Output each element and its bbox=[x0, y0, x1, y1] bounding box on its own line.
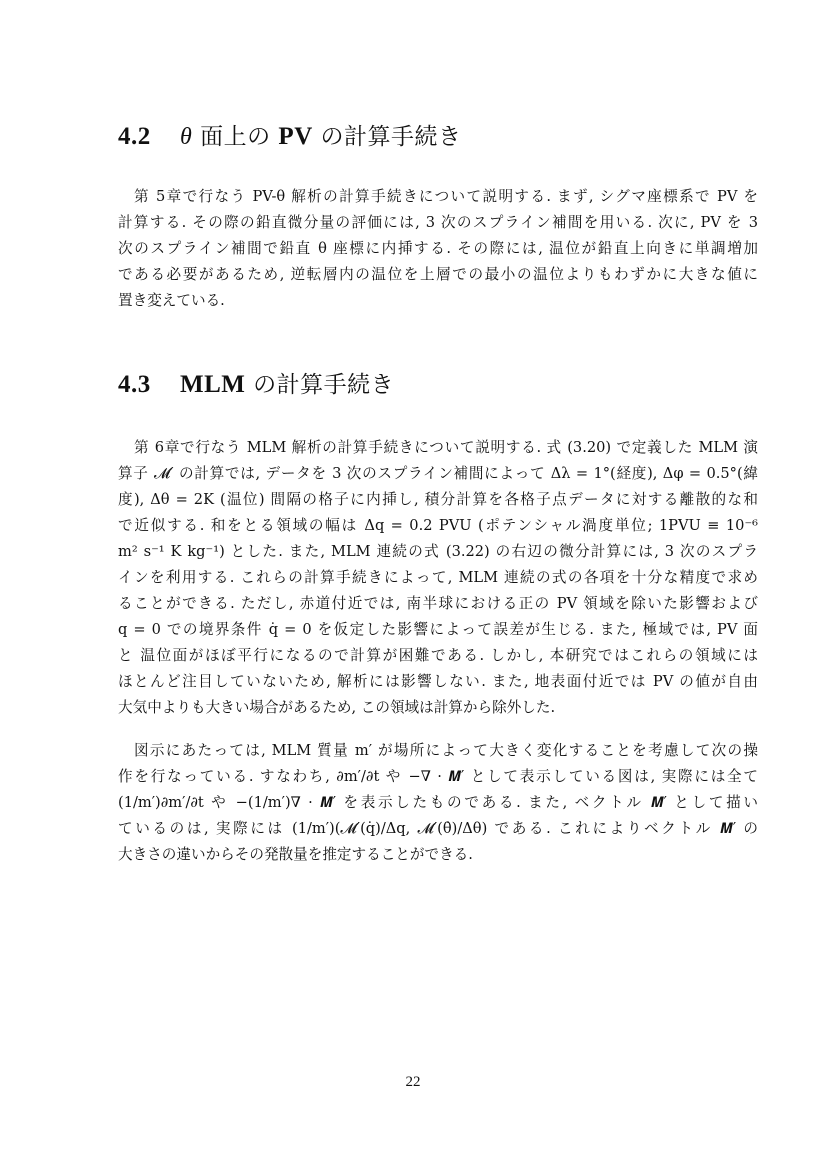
text-line: ることができる. ただし, 赤道付近では, 南半球における正の PV 領域を除い… bbox=[118, 591, 758, 617]
section-heading-4-2: 4.2θ 面上の PV の計算手続き bbox=[118, 118, 462, 151]
text-line: である必要があるため, 逆転層内の温位を上層での最小の温位よりもわずかに大きな値… bbox=[118, 262, 758, 288]
page-number: 22 bbox=[0, 1074, 826, 1091]
text-line: 第 6章で行なう MLM 解析の計算手続きについて説明する. 式 (3.20) … bbox=[118, 435, 758, 461]
text-line: ているのは, 実際には (1/m′)(𝓜′(q̇)/Δq, 𝓜′(θ̇)/Δθ)… bbox=[118, 816, 758, 842]
text-line: ほとんど注目していないため, 解析には影響しない. また, 地表面付近では PV… bbox=[118, 669, 758, 695]
text-line: 算子 𝓜′ の計算では, データを 3 次のスプライン補間によって Δλ = 1… bbox=[118, 461, 758, 487]
section-number: 4.3 bbox=[118, 371, 180, 399]
section-number: 4.2 bbox=[118, 123, 180, 151]
text-line: 作を行なっている. すなわち, ∂m′/∂t や −∇ · 𝑴′ として表示して… bbox=[118, 764, 758, 790]
text-line: と 温位面がほぼ平行になるので計算が困難である. しかし, 本研究ではこれらの領… bbox=[118, 643, 758, 669]
text-line: 図示にあたっては, MLM 質量 m′ が場所によって大きく変化することを考慮し… bbox=[118, 738, 758, 764]
text-line: インを利用する. これらの計算手続きによって, MLM 連続の式の各項を十分な精… bbox=[118, 565, 758, 591]
paragraph-4-3-1: 第 6章で行なう MLM 解析の計算手続きについて説明する. 式 (3.20) … bbox=[118, 435, 758, 721]
paragraph-4-3-2: 図示にあたっては, MLM 質量 m′ が場所によって大きく変化することを考慮し… bbox=[118, 738, 758, 868]
text-line: m² s⁻¹ K kg⁻¹) とした. また, MLM 連続の式 (3.22) … bbox=[118, 539, 758, 565]
text-line: 大きさの違いからその発散量を推定することができる. bbox=[118, 842, 758, 868]
section-title: θ 面上の PV の計算手続き bbox=[180, 124, 462, 150]
text-line: 度), Δθ = 2K (温位) 間隔の格子に内挿し, 積分計算を各格子点データ… bbox=[118, 487, 758, 513]
text-line: 置き変えている. bbox=[118, 288, 758, 314]
section-heading-4-3: 4.3MLM の計算手続き bbox=[118, 366, 394, 399]
text-line: 第 5章で行なう PV-θ 解析の計算手続きについて説明する. まず, シグマ座… bbox=[118, 184, 758, 210]
text-line: 大気中よりも大きい場合があるため, この領域は計算から除外した. bbox=[118, 695, 758, 721]
text-line: (1/m′)∂m′/∂t や −(1/m′)∇ · 𝑴′ を表示したものである.… bbox=[118, 790, 758, 816]
text-line: 次のスプライン補間で鉛直 θ 座標に内挿する. その際には, 温位が鉛直上向きに… bbox=[118, 236, 758, 262]
section-title: MLM の計算手続き bbox=[180, 372, 394, 398]
paragraph-4-2: 第 5章で行なう PV-θ 解析の計算手続きについて説明する. まず, シグマ座… bbox=[118, 184, 758, 314]
text-line: で近似する. 和をとる領域の幅は Δq = 0.2 PVU (ポテンシャル渦度単… bbox=[118, 513, 758, 539]
text-line: q = 0 での境界条件 q̇ = 0 を仮定した影響によって誤差が生じる. ま… bbox=[118, 617, 758, 643]
text-line: 計算する. その際の鉛直微分量の評価には, 3 次のスプライン補間を用いる. 次… bbox=[118, 210, 758, 236]
